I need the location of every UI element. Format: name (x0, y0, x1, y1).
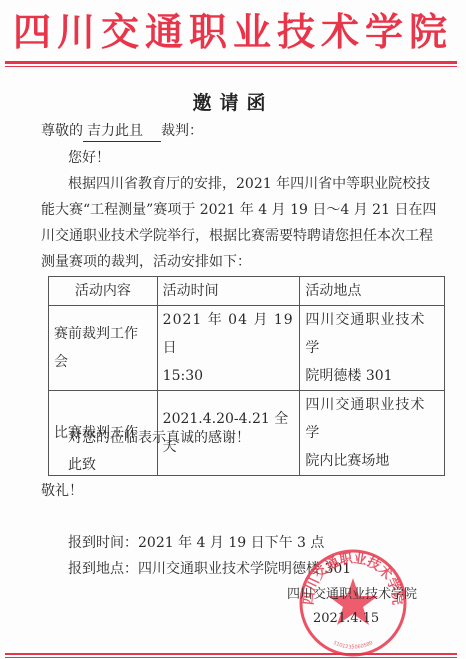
salutation-suffix: 裁判： (161, 123, 203, 139)
footer-rule-thin (5, 657, 457, 658)
salutation-prefix: 尊敬的 (41, 123, 83, 139)
body-line-3: 川交通职业技术学院举行，根据比赛需要特聘请您担任本次工程 (41, 226, 433, 246)
signature-date: 2021.4.15 (313, 611, 379, 626)
table-header-cell: 活动内容 (49, 277, 158, 306)
table-cell-place: 四川交通职业技术学 院内比赛场地 (300, 391, 445, 476)
time-line: 15:30 (163, 362, 295, 390)
table-cell-place: 四川交通职业技术学 院明德楼 301 (300, 306, 445, 391)
table-cell-content: 赛前裁判工作会 (49, 306, 158, 391)
report-time: 报到时间：2021 年 4 月 19 日下午 3 点 (68, 533, 324, 553)
table-header-cell: 活动地点 (300, 277, 445, 306)
svg-text:5101235060580: 5101235060580 (332, 640, 374, 651)
body-line-2: 能大赛“工程测量”赛项于 2021 年 4 月 19 日～4 月 21 日在四 (41, 200, 436, 220)
table-header-row: 活动内容 活动时间 活动地点 (49, 277, 445, 306)
body-line-1: 根据四川省教育厅的安排，2021 年四川省中等职业院校技 (68, 174, 430, 194)
closing-line-2: 敬礼！ (41, 481, 83, 501)
table-cell-time: 2021 年 04 月 19 日 15:30 (157, 306, 300, 391)
place-line: 院内比赛场地 (305, 447, 439, 475)
document-title: 邀请函 (0, 88, 466, 115)
place-line: 四川交通职业技术学 (305, 391, 439, 447)
table-header-cell: 活动时间 (157, 277, 300, 306)
official-seal-icon: 四川交通职业技术学院 5101235060580 (298, 548, 408, 658)
recipient-name: 吉力此且 (83, 121, 161, 142)
table-row: 赛前裁判工作会 2021 年 04 月 19 日 15:30 四川交通职业技术学… (49, 306, 445, 391)
place-line: 院明德楼 301 (305, 362, 439, 390)
place-line: 四川交通职业技术学 (305, 306, 439, 362)
salutation: 尊敬的吉力此且裁判： (41, 121, 203, 142)
letterhead-institution-name: 四川交通职业技术学院 (0, 6, 466, 58)
signature: 四川交通职业技术学院 (287, 583, 417, 602)
body-line-4: 测量赛项的裁判，活动安排如下： (41, 252, 251, 272)
thanks-line: 对您的莅临表示真诚的感谢！ (68, 428, 250, 448)
greeting: 您好！ (68, 148, 110, 168)
time-line: 2021 年 04 月 19 日 (163, 306, 295, 362)
letterhead-rule-thick (5, 61, 457, 64)
closing-line-1: 此致 (68, 455, 96, 475)
footer-rule-thick (5, 653, 457, 655)
letterhead-rule-thin (5, 66, 457, 67)
